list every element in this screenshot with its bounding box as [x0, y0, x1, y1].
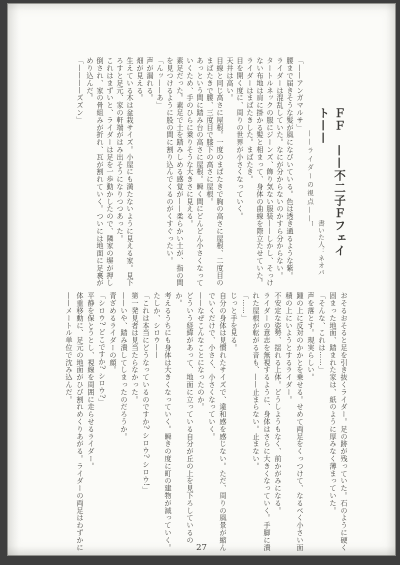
paragraph: ライダーは混乱していた。なにが分からないのかすら分からない。: [275, 57, 285, 290]
paragraph: ライダーはまばたきした。まばたき。: [245, 57, 255, 290]
paragraph: 自分の身体は見慣れたサイズで、違和感を感じない。ただ、周りの風景が縮んでいくだけ…: [206, 292, 228, 552]
paragraph: あっという間に踏み台の高さに屋根。瞬く間にどんどん小さくなっていくため、手のひら…: [185, 57, 205, 290]
paragraph: 体重移動に、足元の地面がひび割れめくりあがる。ライダーの両足はわずかに——メート…: [63, 292, 85, 552]
paragraph: 平静を保とうとし、視線を周囲に走らせるライダー。: [85, 292, 96, 552]
paragraph: これはまずいと、ライダーは足を一歩動かしたので、隣家の塀が押し倒され、家の骨組み…: [85, 57, 115, 290]
paragraph: 声が漏れる。: [145, 57, 155, 290]
paragraph: 声を落とす。現実らしい。: [305, 292, 316, 552]
page-number: 27: [7, 543, 396, 553]
paragraph: 畑が見える。: [135, 57, 145, 290]
paragraph: 目線と同じ高さに屋根。一度のまばたきで胸の高さに屋根、二度目のまばたきで腰、三度…: [205, 57, 225, 290]
paragraph: 「シロウ? どこですか? シロウ?」: [96, 292, 107, 552]
title-block: ＦＦ ——不二子Ｆフェイト—— 書いた人：ネオパー ——ライダーの視点——: [303, 103, 353, 283]
paragraph: 目を開く度に、周りの世界が小さくなっていく。: [235, 57, 245, 290]
paragraph: 生えている木は盆栽サイズ。小屋にも満たないように見える家。見下ろすと足元、家の軒…: [115, 57, 135, 290]
paragraph: ライダーの意志を無視するように、身体はさらに大きくなっていく。手脚に潰れた屋根が…: [250, 292, 272, 552]
paragraph: どういう経緯があって、地面に立っている自分が丘の上を見下ろしているのか。: [173, 292, 195, 552]
paragraph: ——いや、踏み潰してしまったのだろうか。: [118, 292, 129, 552]
paragraph: 不安定な姿勢、揺れる上体。どうしようもなく、前かがみになる。: [272, 292, 283, 552]
paragraph: 考えるうちにも身体は大きくなっていく。瞬きの度に町の建物が減っていく。: [162, 292, 173, 552]
body-text-bottom-tier: おそるおそると足を引き抜くライダー。足の跡が残っていた。石のように硬く固まった地…: [57, 292, 349, 552]
paragraph: 「そんな、これは……」: [316, 292, 327, 552]
paragraph: タートルネックの服にジーンズ、飾り気ない服装——しかし、そっけない布地は肩に掛か…: [255, 57, 275, 290]
paragraph: 「これは本当にどうなっているのですか? シロウ? シロウ!」: [140, 292, 151, 552]
subtitle-viewpoint: ——ライダーの視点——: [306, 130, 315, 238]
paragraph: 「————ズズン」: [75, 57, 85, 290]
page-surface: 「——アンガマルサ」腰まで届きそうな髪が風になびいている。色は透き通るような紫。…: [7, 3, 396, 556]
paragraph: 「……」: [239, 292, 250, 552]
paragraph: 踵の上に反対のかかとを乗せる。せめて両足をくっつけて、なるべく小さい面積の上にい…: [283, 292, 305, 552]
scanned-page: 「——アンガマルサ」腰まで届きそうな髪が風になびいている。色は透き通るような紫。…: [0, 0, 400, 565]
paragraph: おそるおそると足を引き抜くライダー。足の跡が残っていた。石のように硬く固まった地…: [327, 292, 349, 552]
paragraph: たしか、シロウ——: [151, 292, 162, 552]
paragraph: 青ざめるライダーの顔。: [107, 292, 118, 552]
paragraph: ——なぜこんなことになったのか。: [195, 292, 206, 552]
paragraph: 第一発見者は見当たらなかった。: [129, 292, 140, 552]
body-text-top-tier: 「——アンガマルサ」腰まで届きそうな髪が風になびいている。色は透き通るような紫。…: [57, 57, 305, 290]
paragraph: 天井は高い。: [225, 57, 235, 290]
paragraph: じっと手を見る。: [228, 292, 239, 552]
paragraph: 「んッ——あ」: [155, 57, 165, 290]
paragraph: 腰まで届きそうな髪が風になびいている。色は透き通るような紫。: [285, 57, 295, 290]
paragraph: 素足だった。素足で土を踏みしめる感覚が——柔らかい土が、指の間を見つけるように股…: [165, 57, 185, 290]
